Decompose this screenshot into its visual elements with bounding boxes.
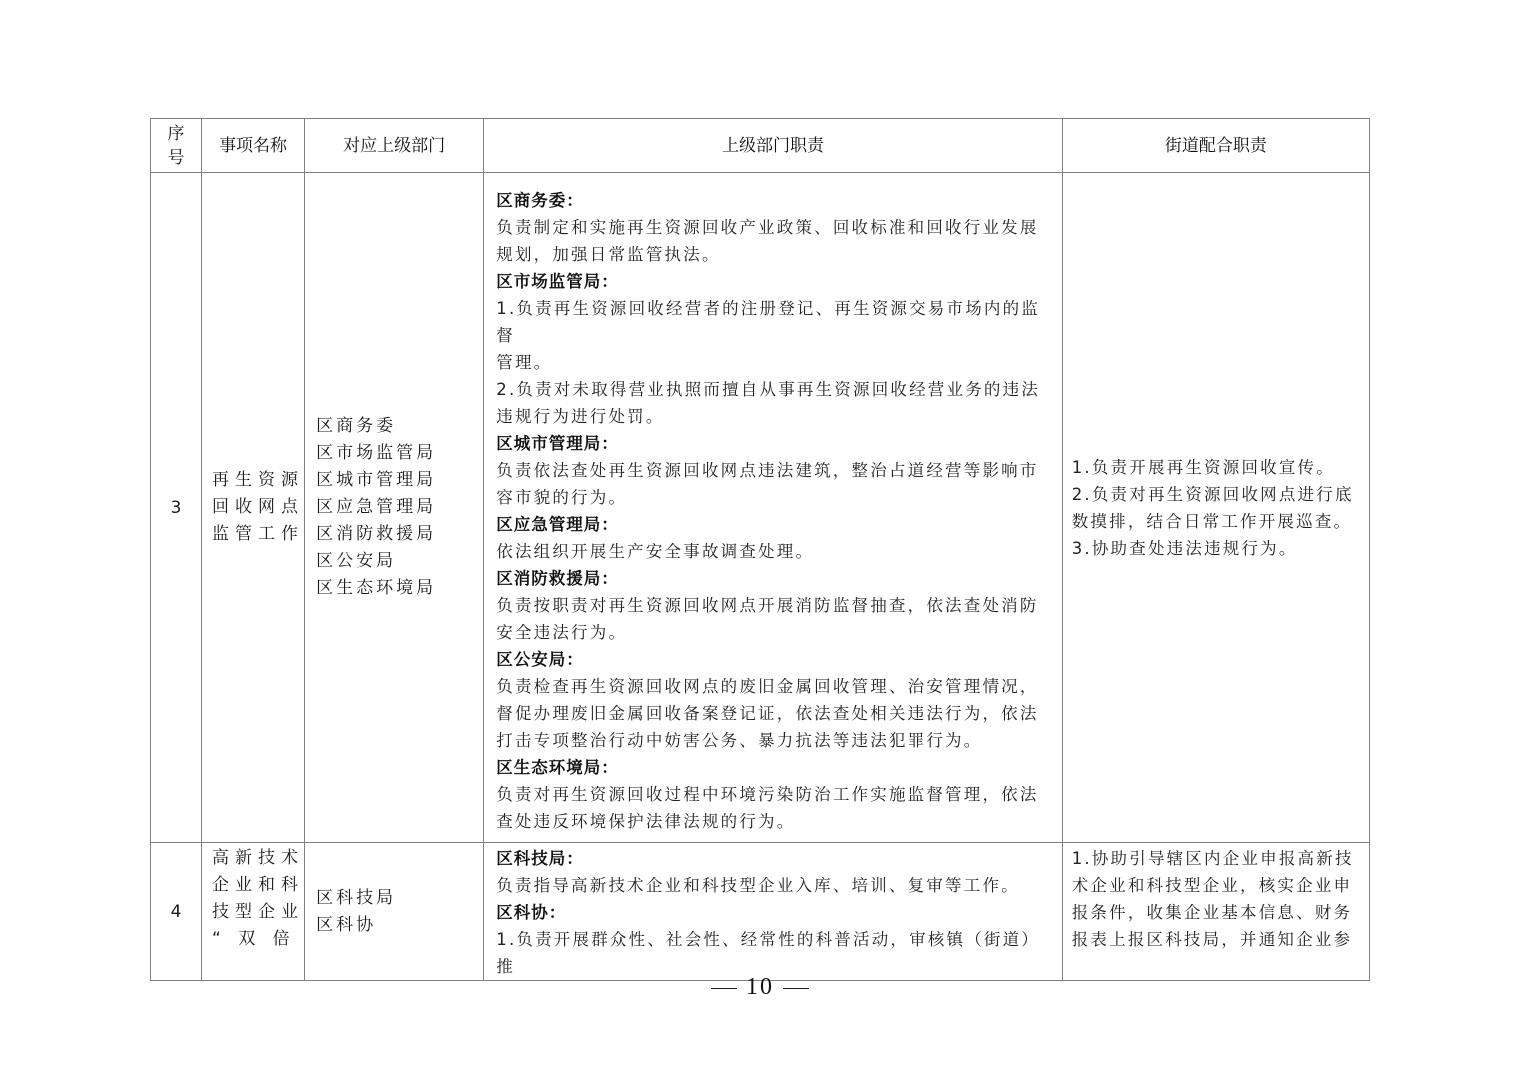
row-departments: 区商务委 区市场监管局 区城市管理局 区应急管理局 区消防救援局 区公安局 区生… [305,173,484,843]
header-duties: 上级部门职责 [484,119,1062,173]
duty-line: 2.负责对未取得营业执照而擅自从事再生资源回收经营业务的违法 [496,376,1051,403]
duty-dept-heading: 区科协： [496,899,1051,926]
department-item: 区生态环境局 [316,575,483,602]
item-name-line: 回收网点 [212,494,298,521]
street-duty-line: 1.负责开展再生资源回收宣传。 [1072,454,1361,481]
item-name-line: “ 双 倍 [212,926,298,953]
header-seq-line: 号 [151,146,201,170]
street-duty-line: 报表上报区科技局，并通知企业参 [1072,926,1361,953]
table-row: 4 高新技术 企业和科 技型企业 “ 双 倍 区科技局 区科协 区科技局： 负责… [151,843,1370,981]
duty-dept-heading: 区公安局： [496,646,1051,673]
duty-line: 负责按职责对再生资源回收网点开展消防监督抽查，依法查处消防 [496,592,1051,619]
department-item: 区消防救援局 [316,521,483,548]
duty-line: 容市貌的行为。 [496,484,1051,511]
department-item: 区城市管理局 [316,467,483,494]
street-duty-line: 报条件，收集企业基本信息、财务 [1072,899,1361,926]
row-seq: 3 [151,173,202,843]
header-street-duties: 街道配合职责 [1062,119,1369,173]
duty-dept-heading: 区商务委： [496,187,1051,214]
duty-line: 负责制定和实施再生资源回收产业政策、回收标准和回收行业发展 [496,214,1051,241]
duty-line: 规划，加强日常监管执法。 [496,241,1051,268]
duty-dept-heading: 区市场监管局： [496,268,1051,295]
row-item-name: 高新技术 企业和科 技型企业 “ 双 倍 [202,843,305,981]
row-duties: 区商务委： 负责制定和实施再生资源回收产业政策、回收标准和回收行业发展 规划，加… [484,173,1062,843]
duty-dept-heading: 区消防救援局： [496,565,1051,592]
duty-line: 负责指导高新技术企业和科技型企业入库、培训、复审等工作。 [496,872,1051,899]
street-duty-line: 1.协助引导辖区内企业申报高新技 [1072,845,1361,872]
street-duty-line: 数摸排，结合日常工作开展巡查。 [1072,508,1361,535]
duty-line: 1.负责开展群众性、社会性、经常性的科普活动，审核镇（街道）推 [496,926,1051,980]
document-page: 序 号 事项名称 对应上级部门 上级部门职责 街道配合职责 3 再生资源 回收网… [0,0,1520,1074]
item-name-line: 监管工作 [212,521,298,548]
duty-line: 负责依法查处再生资源回收网点违法建筑，整治占道经营等影响市 [496,457,1051,484]
street-duty-line: 2.负责对再生资源回收网点进行底 [1072,481,1361,508]
row-street-duties: 1.负责开展再生资源回收宣传。 2.负责对再生资源回收网点进行底 数摸排，结合日… [1062,173,1369,843]
department-item: 区公安局 [316,548,483,575]
responsibility-table: 序 号 事项名称 对应上级部门 上级部门职责 街道配合职责 3 再生资源 回收网… [150,118,1370,981]
department-item: 区科技局 [316,885,483,912]
footer-dash-left [711,988,737,990]
row-duties: 区科技局： 负责指导高新技术企业和科技型企业入库、培训、复审等工作。 区科协： … [484,843,1062,981]
duty-dept-heading: 区生态环境局： [496,754,1051,781]
row-street-duties: 1.协助引导辖区内企业申报高新技 术企业和科技型企业，核实企业申 报条件，收集企… [1062,843,1369,981]
duty-dept-heading: 区应急管理局： [496,511,1051,538]
item-name-line: 企业和科 [212,872,298,899]
department-item: 区应急管理局 [316,494,483,521]
duty-line: 查处违反环境保护法律法规的行为。 [496,808,1051,835]
duty-line: 依法组织开展生产安全事故调查处理。 [496,538,1051,565]
duty-line: 安全违法行为。 [496,619,1051,646]
duty-line: 打击专项整治行动中妨害公务、暴力抗法等违法犯罪行为。 [496,727,1051,754]
duty-line: 督促办理废旧金属回收备案登记证，依法查处相关违法行为，依法 [496,700,1051,727]
header-seq: 序 号 [151,119,202,173]
duty-line: 管理。 [496,349,1051,376]
item-name-line: 技型企业 [212,899,298,926]
duty-dept-heading: 区城市管理局： [496,430,1051,457]
duty-line: 违规行为进行处罚。 [496,403,1051,430]
page-number: 10 [746,974,774,1000]
footer-dash-right [783,988,809,990]
page-footer: 10 [0,974,1520,1001]
row-item-name: 再生资源 回收网点 监管工作 [202,173,305,843]
street-duty-line: 术企业和科技型企业，核实企业申 [1072,872,1361,899]
department-item: 区市场监管局 [316,440,483,467]
street-duty-line: 3.协助查处违法违规行为。 [1072,535,1361,562]
header-item-name: 事项名称 [202,119,305,173]
row-departments: 区科技局 区科协 [305,843,484,981]
duty-line: 负责对再生资源回收过程中环境污染防治工作实施监督管理，依法 [496,781,1051,808]
department-item: 区商务委 [316,413,483,440]
table-row: 3 再生资源 回收网点 监管工作 区商务委 区市场监管局 区城市管理局 区应急管… [151,173,1370,843]
duty-line: 负责检查再生资源回收网点的废旧金属回收管理、治安管理情况， [496,673,1051,700]
row-seq: 4 [151,843,202,981]
header-department: 对应上级部门 [305,119,484,173]
duty-line: 1.负责再生资源回收经营者的注册登记、再生资源交易市场内的监督 [496,295,1051,349]
duty-dept-heading: 区科技局： [496,845,1051,872]
item-name-line: 再生资源 [212,467,298,494]
table-header-row: 序 号 事项名称 对应上级部门 上级部门职责 街道配合职责 [151,119,1370,173]
item-name-line: 高新技术 [212,845,298,872]
department-item: 区科协 [316,912,483,939]
header-seq-line: 序 [151,122,201,146]
